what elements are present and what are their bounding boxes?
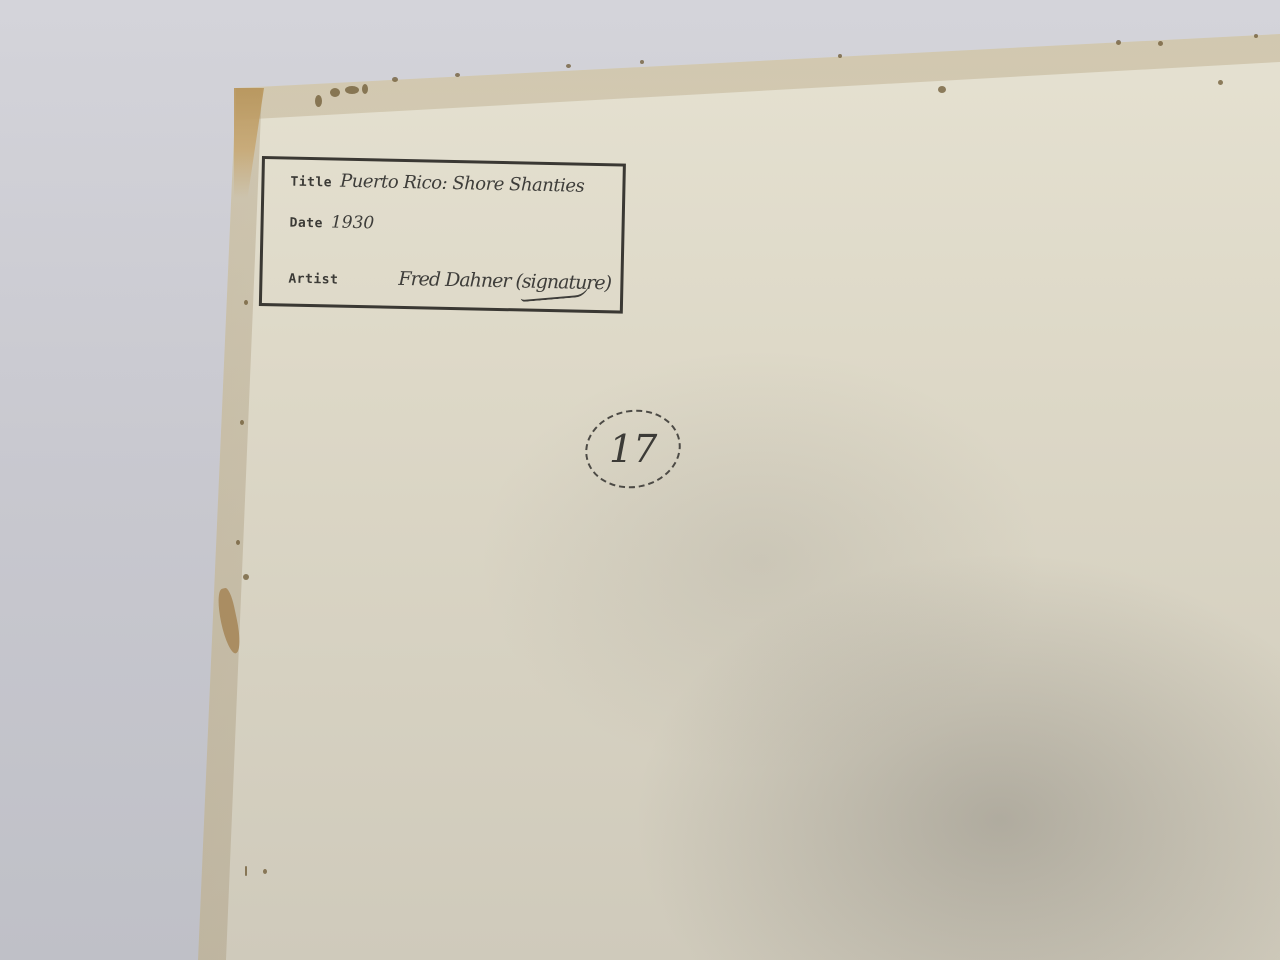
photo-scene: Title Puerto Rico: Shore Shanties Date 1… <box>0 0 1280 960</box>
foxing-spot <box>1218 80 1223 85</box>
foxing-spot <box>392 77 398 82</box>
foxing-spot <box>243 574 249 580</box>
foxing-spot <box>330 88 340 97</box>
artist-key: Artist <box>288 272 338 288</box>
title-value: Puerto Rico: Shore Shanties <box>340 171 585 197</box>
foxing-spot <box>263 869 267 874</box>
foxing-spot <box>938 86 946 93</box>
foxing-spot <box>240 420 244 425</box>
foxing-spot <box>566 64 571 68</box>
foxing-spot <box>1116 40 1121 45</box>
inventory-number: 17 <box>609 427 657 471</box>
foxing-spot <box>362 84 368 94</box>
foxing-spot <box>244 300 248 305</box>
foxing-spot <box>245 866 247 876</box>
foxing-spot <box>838 54 842 58</box>
title-key: Title <box>290 175 332 191</box>
label-title-row: Title Puerto Rico: Shore Shanties <box>290 170 584 197</box>
catalog-label: Title Puerto Rico: Shore Shanties Date 1… <box>259 156 626 314</box>
foxing-spot <box>345 86 359 94</box>
foxing-spot <box>455 73 460 77</box>
foxing-spot <box>315 95 322 107</box>
foxing-spot <box>1254 34 1258 38</box>
label-date-row: Date 1930 <box>289 212 374 234</box>
foxing-spot <box>1158 41 1163 46</box>
foxing-spot <box>640 60 644 64</box>
foxing-spot <box>236 540 240 545</box>
date-key: Date <box>289 216 323 232</box>
date-value: 1930 <box>331 212 375 233</box>
